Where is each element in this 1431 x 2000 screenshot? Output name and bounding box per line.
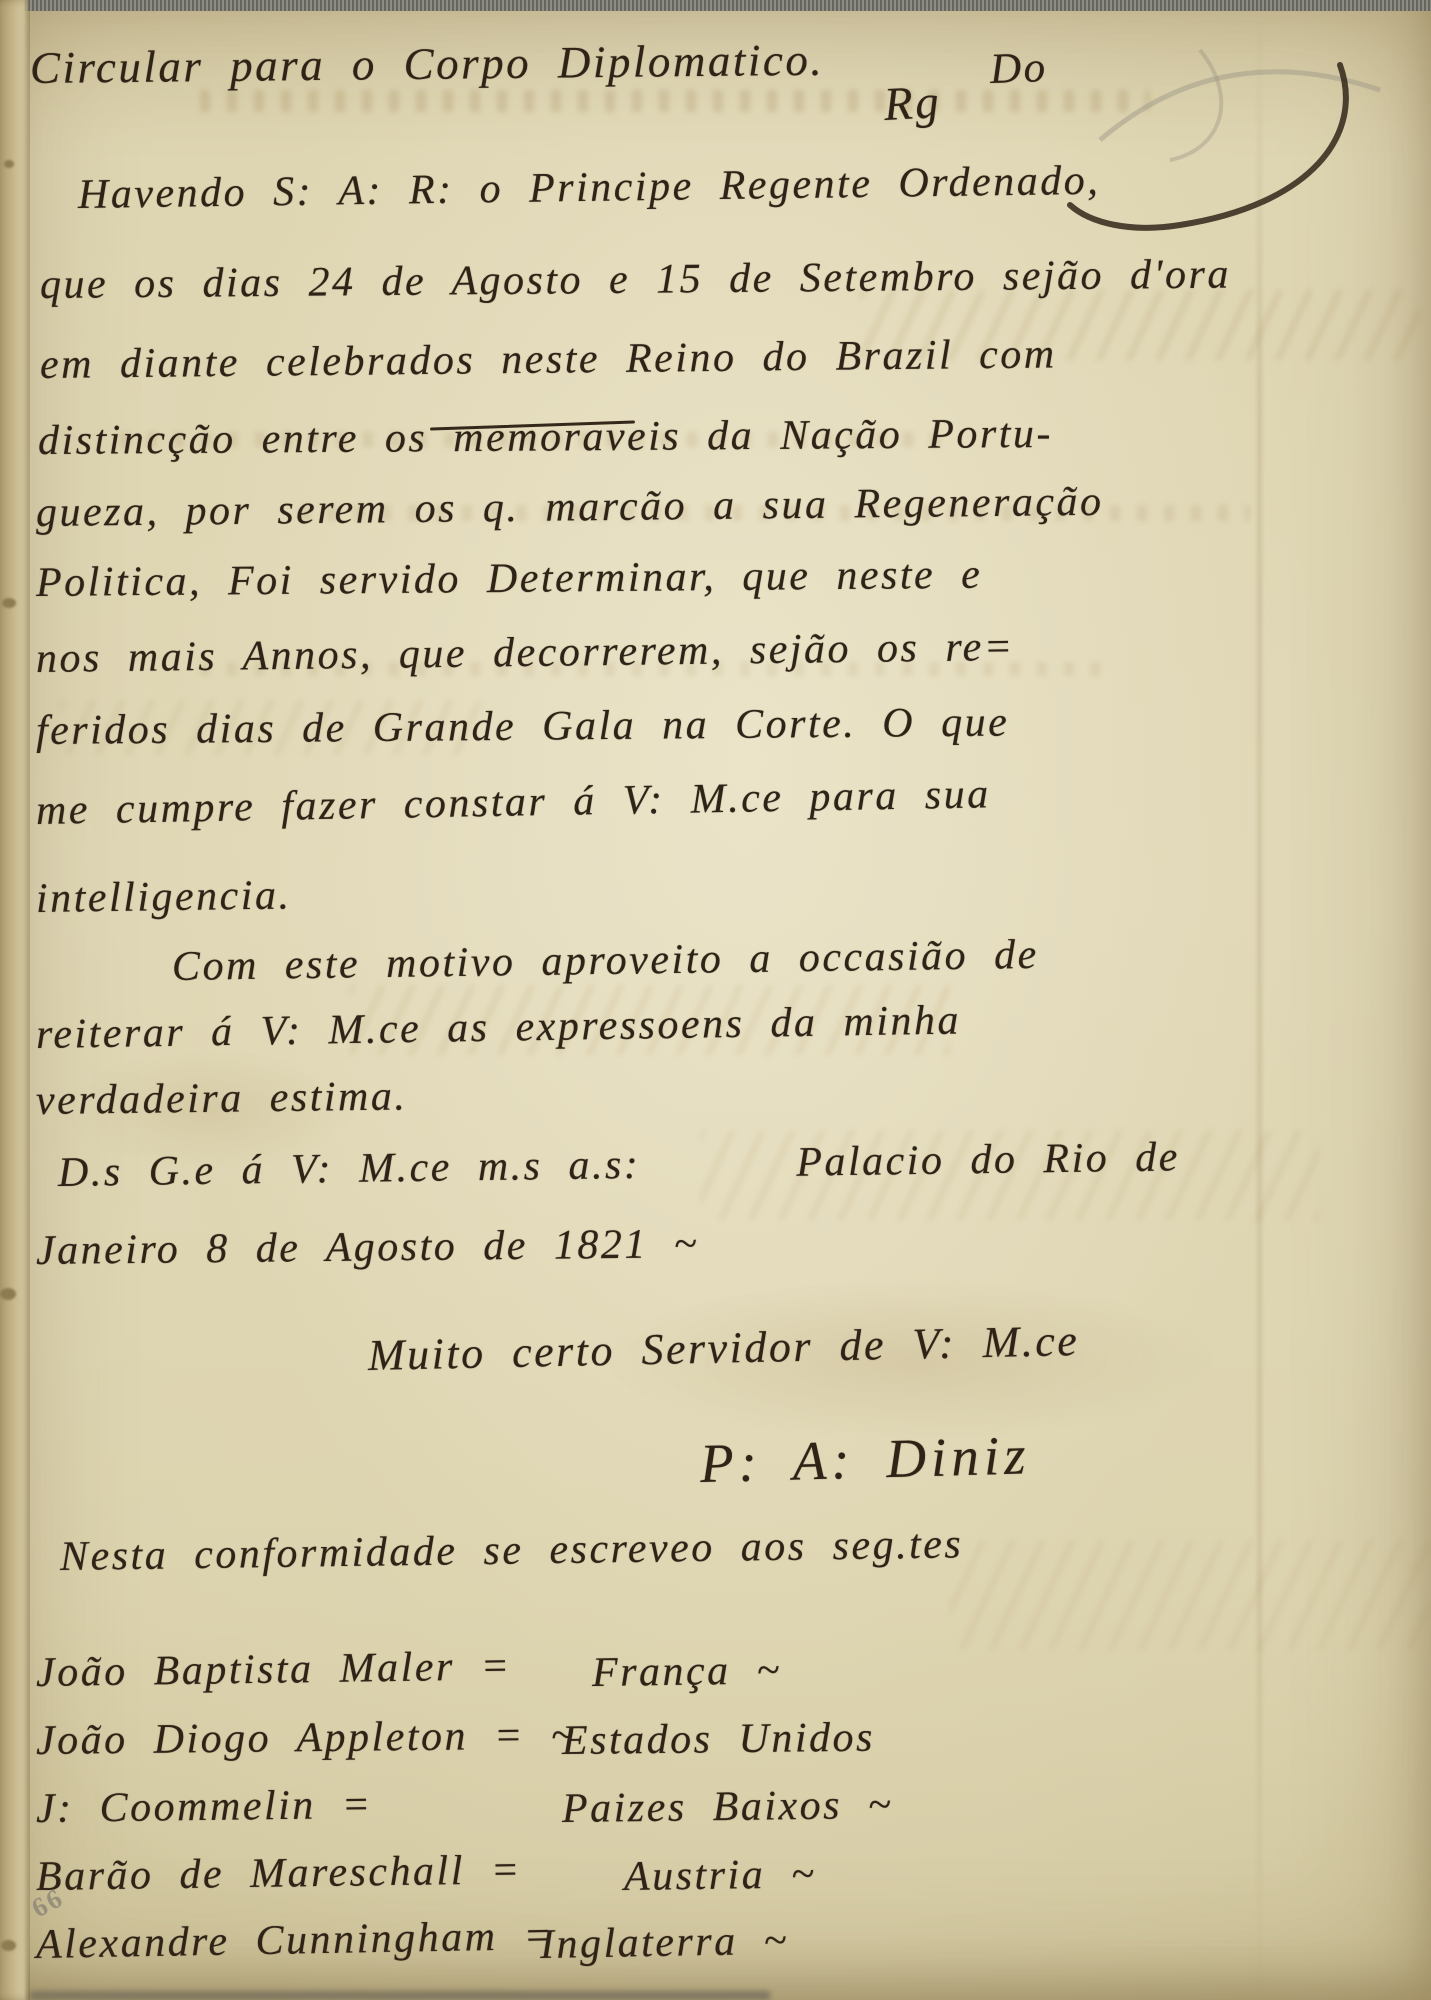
recipient-country: Estados Unidos [562,1715,875,1764]
corner-note: Do [989,44,1048,93]
body-line: Havendo S: A: R: o Principe Regente Orde… [78,158,1101,218]
registry-mark: Rg [883,77,943,132]
recipient-country: Austria ~ [624,1851,817,1900]
body-line: nos mais Annos, que decorrerem, sejão os… [36,624,1015,682]
body-line: Politica, Foi servido Determinar, que ne… [36,552,983,606]
recipient-name: Alexandre Cunningham = [36,1913,555,1968]
bottom-edge-shadow [30,1991,770,2000]
dateline: Janeiro 8 de Agosto de 1821 ~ [36,1221,700,1274]
body-line: me cumpre fazer constar á V: M.ce para s… [36,771,991,834]
body-line: intelligencia. [36,872,292,922]
body-line: em diante celebrados neste Reino do Braz… [40,331,1057,388]
body-line: verdadeira estima. [36,1073,408,1124]
binding-mark [0,1288,16,1300]
bleedthrough-smudge [950,1540,1430,1650]
recipient-name: João Baptista Maler = [36,1643,512,1696]
recipient-name: Barão de Mareschall = [36,1847,522,1900]
manuscript-scan: Circular para o Corpo Diplomatico. Do Rg… [0,0,1431,2000]
binding-mark [4,160,14,168]
signature: P: A: Diniz [699,1425,1031,1494]
torn-binding-edge [0,0,30,2000]
body-line: reiterar á V: M.ce as expressoens da min… [36,997,962,1058]
binding-mark [1,1940,16,1951]
recipient-name: J: Coommelin = [36,1782,373,1832]
body-line: feridos dias de Grande Gala na Corte. O … [36,700,1010,755]
postscript: Nesta conformidade se escreveo aos seg.t… [60,1521,964,1580]
binding-mark [2,598,16,608]
dateline: D.s G.e á V: M.ce m.s a.s: Palacio do Ri… [58,1134,1180,1196]
valediction: Muito certo Servidor de V: M.ce [367,1317,1079,1380]
title-line: Circular para o Corpo Diplomatico. [30,36,825,94]
recipient-country: Inglaterra ~ [540,1918,790,1969]
body-line: gueza, por serem os q. marcão a sua Rege… [36,479,1104,536]
body-line: que os dias 24 de Agosto e 15 de Setembr… [40,252,1231,309]
ink-offset-smudge [200,90,1150,112]
scanner-cloth-strip [0,0,1431,11]
recipient-country: França ~ [592,1647,783,1696]
recipient-name: João Diogo Appleton = ~ [36,1712,577,1764]
recipient-country: Paizes Baixos ~ [562,1782,894,1832]
body-line: Com este motivo aproveito a occasião de [172,932,1039,990]
body-line: distincção entre os memoraveis da Nação … [38,411,1053,464]
paper-crease [1258,0,1261,2000]
